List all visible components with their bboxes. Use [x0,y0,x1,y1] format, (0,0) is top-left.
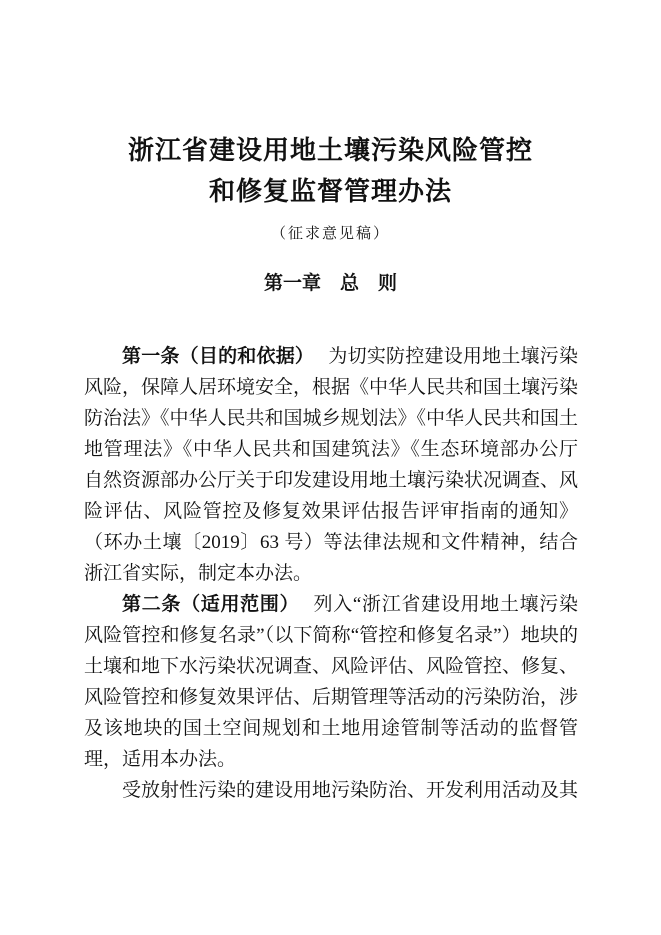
article-1-text: 为切实防控建设用地土壤污染风险，保障人居环境安全，根据《中华人民共和国土壤污染防… [84,346,578,584]
document-title-line2: 和修复监督管理办法 [0,171,661,212]
article-1-lead: 第一条（目的和依据） [122,346,314,367]
article-2-continuation-paragraph: 受放射性污染的建设用地污染防治、开发利用活动及其 [84,775,578,806]
article-1-paragraph: 第一条（目的和依据）为切实防控建设用地土壤污染风险，保障人居环境安全，根据《中华… [84,341,578,589]
article-2-continuation-text: 受放射性污染的建设用地污染防治、开发利用活动及其 [122,780,578,801]
chapter-heading: 第一章 总 则 [0,271,661,297]
article-2-lead: 第二条（适用范围） [122,594,299,615]
document-page: 浙江省建设用地土壤污染风险管控 和修复监督管理办法 （征求意见稿） 第一章 总 … [0,0,661,935]
document-title-line1: 浙江省建设用地土壤污染风险管控 [0,130,661,171]
document-body: 第一条（目的和依据）为切实防控建设用地土壤污染风险，保障人居环境安全，根据《中华… [84,341,578,806]
document-subtitle: （征求意见稿） [0,224,661,244]
article-2-paragraph: 第二条（适用范围）列入“浙江省建设用地土壤污染风险管控和修复名录”（以下简称“管… [84,589,578,775]
article-2-text: 列入“浙江省建设用地土壤污染风险管控和修复名录”（以下简称“管控和修复名录”）地… [84,594,578,770]
document-title: 浙江省建设用地土壤污染风险管控 和修复监督管理办法 [0,130,661,212]
